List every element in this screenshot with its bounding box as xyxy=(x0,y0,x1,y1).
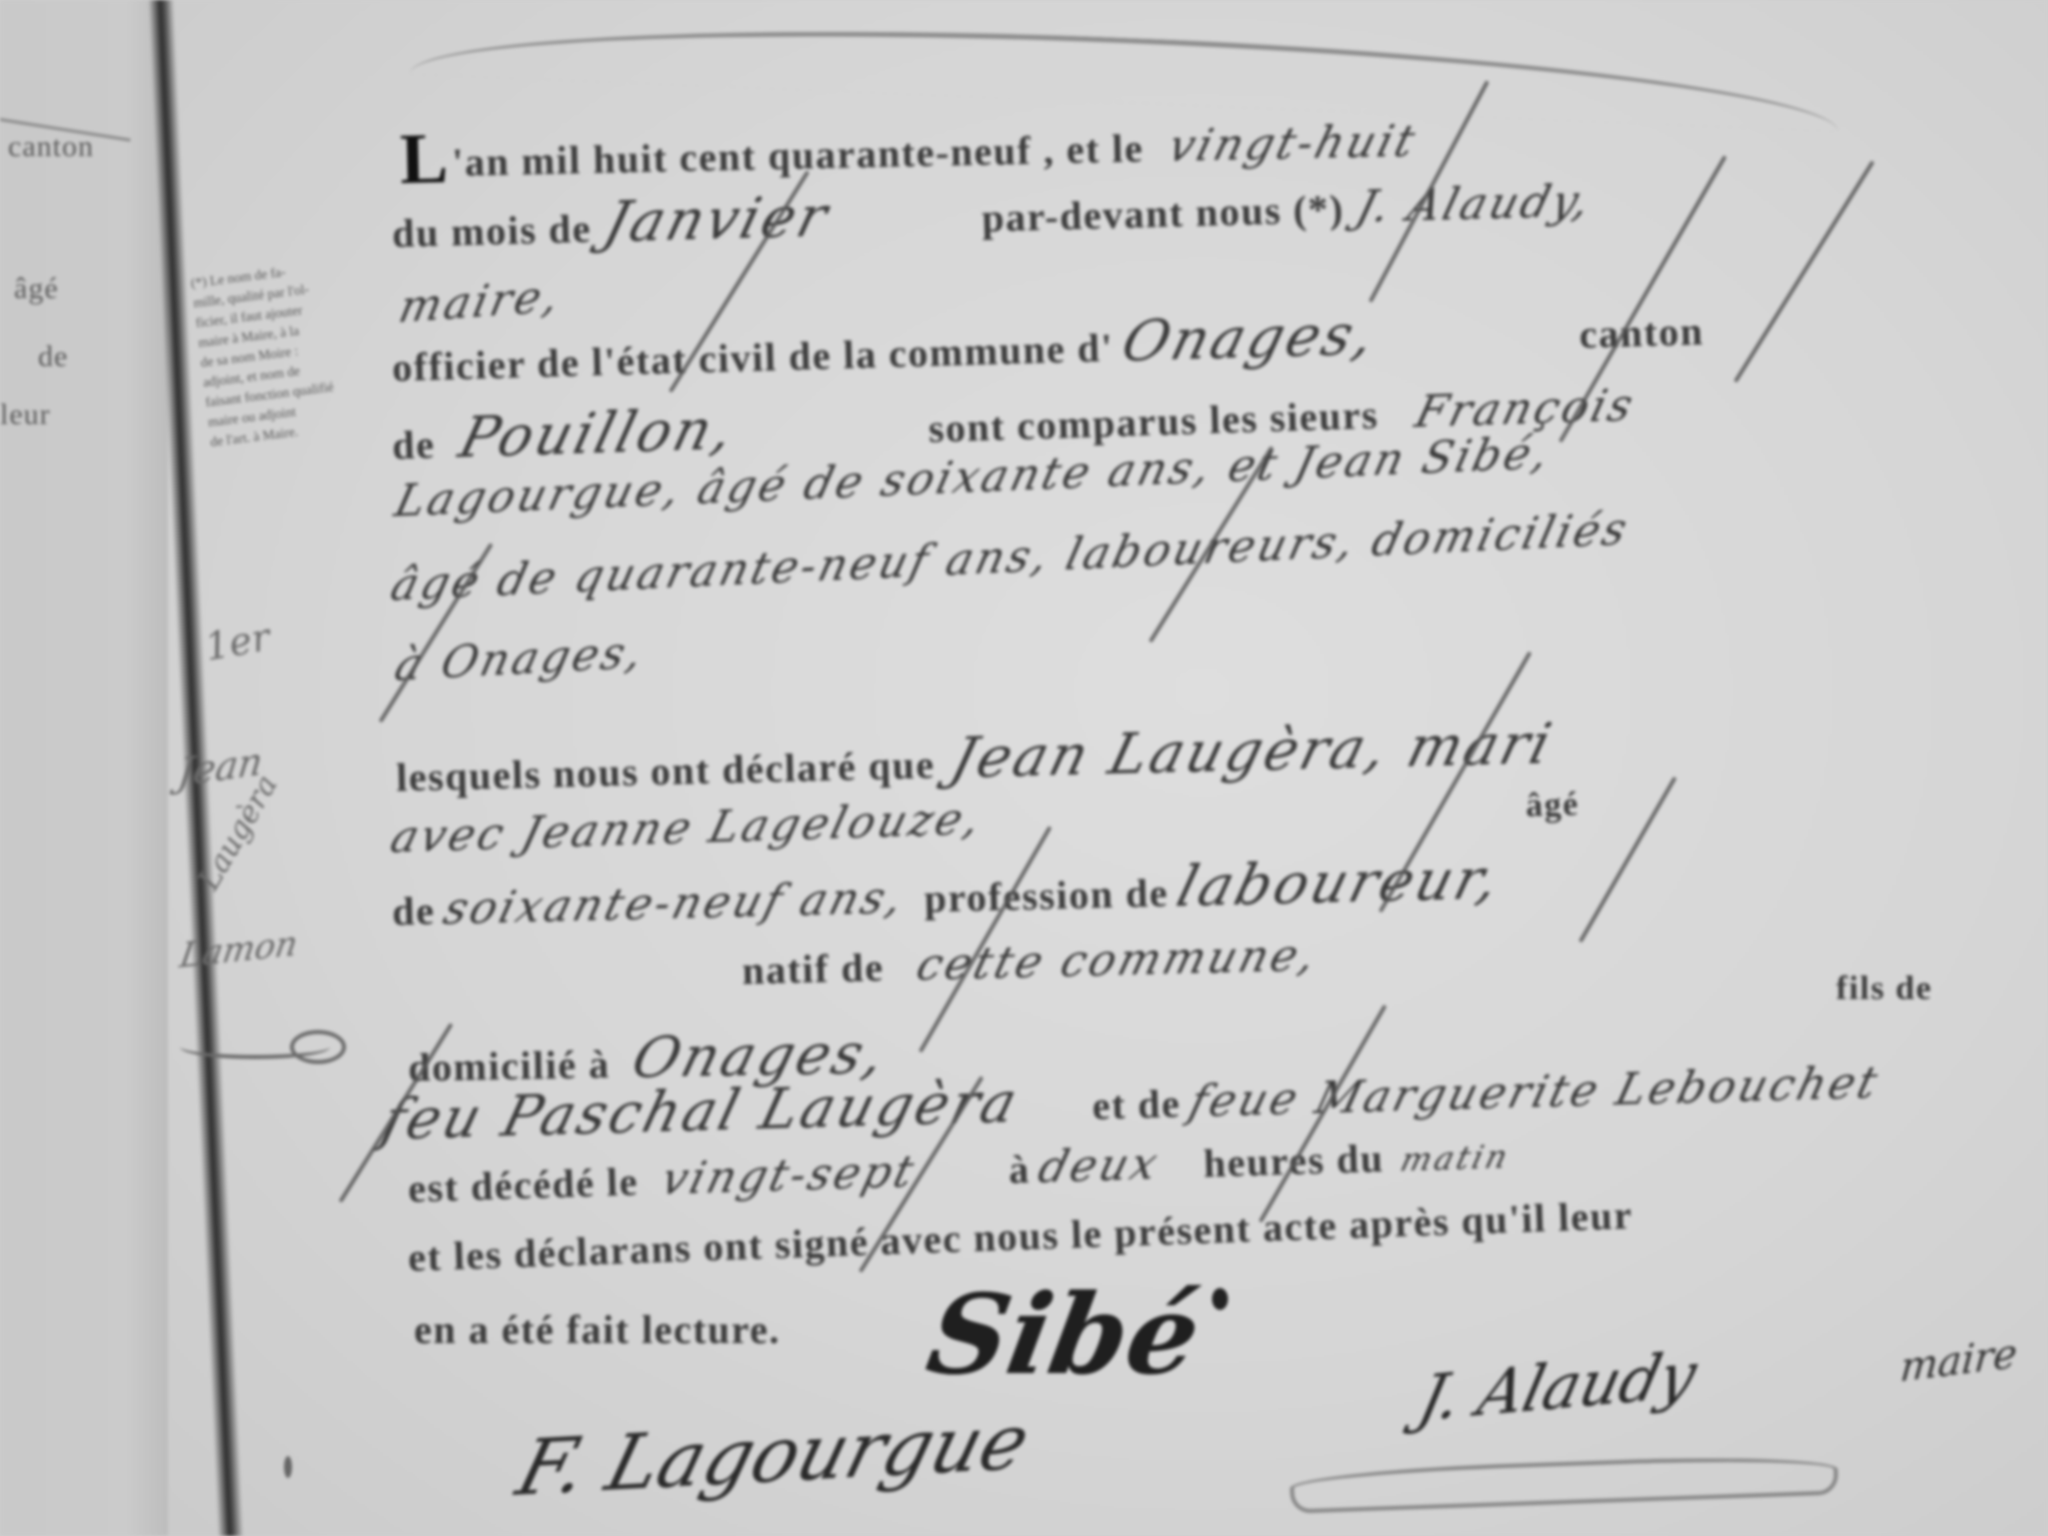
printed-text: est décédé le xyxy=(407,1159,639,1211)
left-page-word-canton: canton xyxy=(8,130,94,164)
handwritten-month: Janvier xyxy=(597,184,836,255)
printed-text: canton xyxy=(1579,308,1705,356)
handwritten-time-of-day: matin xyxy=(1397,1137,1515,1179)
left-page-word-leur: leur xyxy=(0,398,51,432)
handwritten-canton: Pouillon, xyxy=(453,397,743,471)
handwritten-death-hour: deux xyxy=(1034,1138,1166,1193)
margin-printed-note: (*) Le nom de fa- mille, qualité par l'o… xyxy=(190,252,391,453)
left-page-word-de: de xyxy=(38,340,68,374)
drop-cap: L xyxy=(399,118,449,199)
printed-text: lesquels nous ont déclaré que xyxy=(396,742,936,800)
printed-text: par-devant nous (*) xyxy=(981,186,1345,240)
handwritten-mayor-name: J. Alaudy, xyxy=(1352,175,1599,232)
printed-text: de xyxy=(391,422,435,468)
handwritten-commune: Onages, xyxy=(1115,302,1384,375)
printed-text: et de xyxy=(1092,1081,1182,1128)
handwritten-day: vingt-huit xyxy=(1163,116,1423,172)
signature-sibe: Sibé xyxy=(919,1270,1210,1399)
printed-text: âgé xyxy=(1525,786,1580,825)
printed-text: fils de xyxy=(1836,970,1932,1007)
printed-text: du mois de xyxy=(392,206,593,256)
printed-text: natif de xyxy=(741,945,884,993)
left-page-word-age: âgé xyxy=(14,272,59,306)
handwritten-death-day: vingt-sept xyxy=(656,1146,921,1205)
page-mark xyxy=(284,1456,292,1478)
printed-text: de xyxy=(392,888,436,934)
ink-blot xyxy=(1212,1288,1228,1310)
printed-text: profession de xyxy=(924,870,1169,921)
handwritten-age: soixante-neuf ans, xyxy=(438,872,910,935)
margin-flourish-loop xyxy=(290,1030,346,1064)
left-facing-page: canton âgé de leur xyxy=(0,0,180,1536)
printed-text: à xyxy=(1008,1146,1031,1192)
record-line-13: fils de xyxy=(1836,970,1932,1008)
handwritten-profession: laboureur, xyxy=(1170,847,1508,920)
printed-text: en a été fait lecture. xyxy=(414,1307,781,1352)
printed-text: 'an mil huit cent quarante-neuf , et le xyxy=(452,125,1145,184)
document-photo: canton âgé de leur (*) Le nom de fa- mil… xyxy=(0,0,2048,1536)
record-line-18: en a été fait lecture. xyxy=(414,1306,781,1353)
